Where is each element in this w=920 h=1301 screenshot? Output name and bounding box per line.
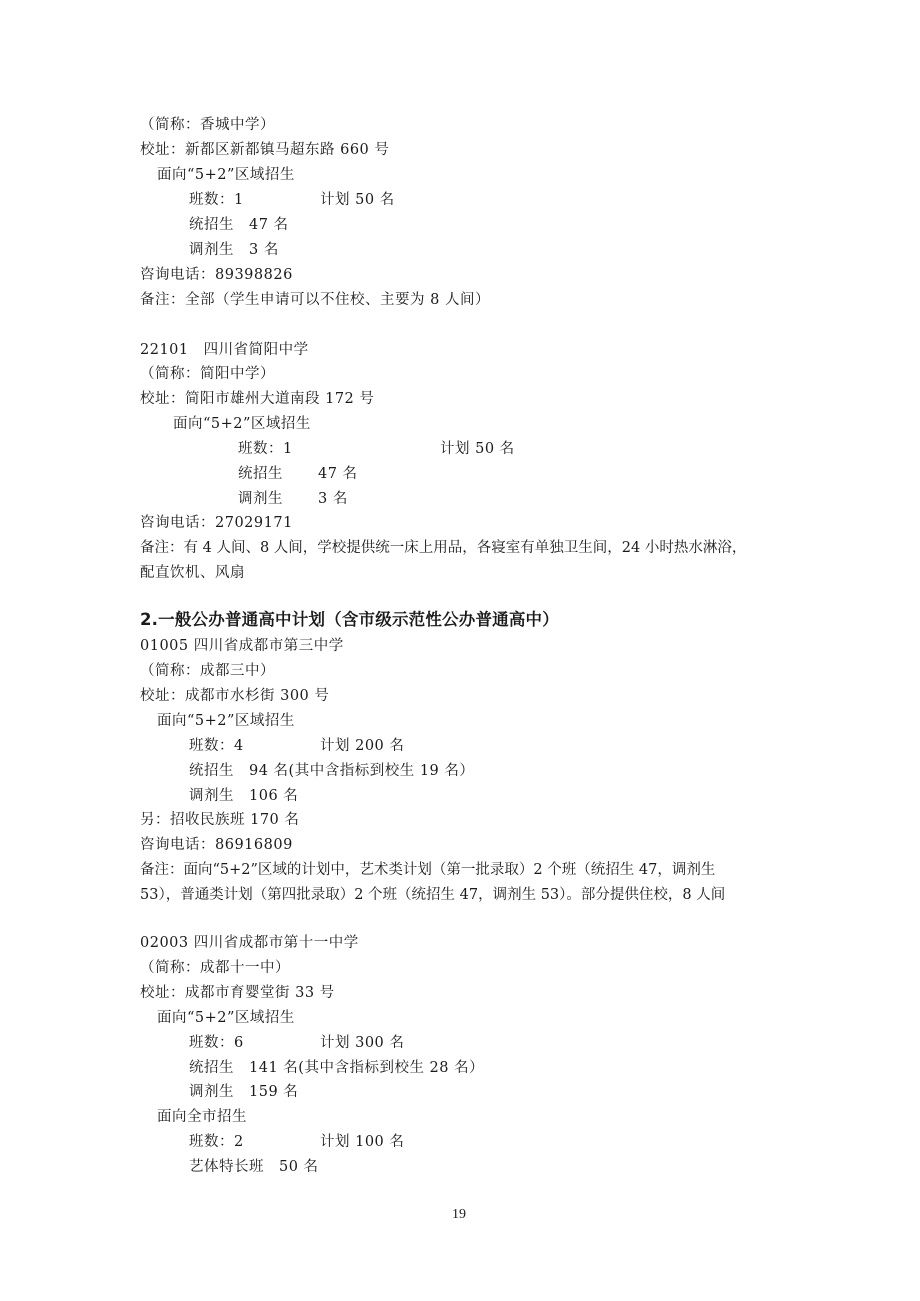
plan-count: 计划 50 名 bbox=[320, 190, 395, 210]
enrollment-scope: 面向“5+2”区域招生 bbox=[157, 165, 295, 185]
unified-value: 47 名 bbox=[318, 464, 358, 484]
plan-count: 计划 50 名 bbox=[440, 439, 515, 459]
plan-count: 计划 200 名 bbox=[320, 736, 404, 756]
contact-phone: 咨询电话：89398826 bbox=[140, 265, 293, 285]
plan-count: 计划 300 名 bbox=[320, 1033, 404, 1053]
school-abbr: （简称：香城中学） bbox=[140, 115, 275, 135]
school-note: 备注：面向“5+2”区域的计划中，艺术类计划（第一批录取）2 个班（统招生 47… bbox=[140, 860, 715, 880]
school-note: 备注：全部（学生申请可以不住校、主要为 8 人间） bbox=[140, 290, 490, 310]
plan-count: 计划 100 名 bbox=[320, 1132, 404, 1152]
adjusted-enrollment: 调剂生 159 名 bbox=[189, 1082, 298, 1102]
unified-enrollment: 统招生 141 名(其中含指标到校生 28 名） bbox=[189, 1058, 484, 1078]
school-abbr: （简称：成都十一中） bbox=[140, 958, 290, 978]
class-count: 班数：2 bbox=[189, 1132, 244, 1152]
contact-phone: 咨询电话：27029171 bbox=[140, 513, 293, 533]
page-number: 19 bbox=[452, 1207, 466, 1223]
unified-enrollment: 统招生 47 名 bbox=[189, 215, 289, 235]
document-page: （简称：香城中学） 校址：新都区新都镇马超东路 660 号 面向“5+2”区域招… bbox=[0, 0, 920, 1301]
school-address: 校址：新都区新都镇马超东路 660 号 bbox=[140, 140, 389, 160]
school-note-continued: 53），普通类计划（第四批录取）2 个班（统招生 47，调剂生 53）。部分提供… bbox=[140, 885, 725, 905]
class-count: 班数：1 bbox=[189, 190, 244, 210]
school-address: 校址：成都市育婴堂街 33 号 bbox=[140, 983, 335, 1003]
enrollment-scope: 面向“5+2”区域招生 bbox=[157, 711, 295, 731]
enrollment-scope: 面向“5+2”区域招生 bbox=[157, 1008, 295, 1028]
adjusted-value: 3 名 bbox=[318, 489, 348, 509]
unified-enrollment: 统招生 94 名(其中含指标到校生 19 名） bbox=[189, 761, 474, 781]
school-address: 校址：简阳市雄州大道南段 172 号 bbox=[140, 389, 374, 409]
school-title: 01005 四川省成都市第三中学 bbox=[140, 636, 344, 656]
school-note-continued: 配直饮机、风扇 bbox=[140, 563, 245, 583]
school-abbr: （简称：简阳中学） bbox=[140, 364, 275, 384]
class-count: 班数：1 bbox=[238, 439, 293, 459]
class-count: 班数：6 bbox=[189, 1033, 244, 1053]
adjusted-enrollment: 调剂生 106 名 bbox=[189, 786, 298, 806]
class-count: 班数：4 bbox=[189, 736, 244, 756]
unified-label: 统招生 bbox=[238, 464, 283, 484]
arts-sports-class: 艺体特长班 50 名 bbox=[189, 1157, 319, 1177]
contact-phone: 咨询电话：86916809 bbox=[140, 835, 293, 855]
extra-enrollment: 另：招收民族班 170 名 bbox=[140, 810, 299, 830]
adjusted-label: 调剂生 bbox=[238, 489, 283, 509]
school-title: 02003 四川省成都市第十一中学 bbox=[140, 933, 359, 953]
enrollment-scope-citywide: 面向全市招生 bbox=[157, 1107, 247, 1127]
enrollment-scope: 面向“5+2”区域招生 bbox=[173, 414, 311, 434]
school-address: 校址：成都市水杉街 300 号 bbox=[140, 686, 329, 706]
school-abbr: （简称：成都三中） bbox=[140, 661, 275, 681]
school-note: 备注：有 4 人间、8 人间，学校提供统一床上用品，各寝室有单独卫生间，24 小… bbox=[140, 538, 746, 558]
section-heading: 2.一般公办普通高中计划（含市级示范性公办普通高中） bbox=[140, 610, 559, 630]
school-title: 22101 四川省简阳中学 bbox=[140, 340, 309, 360]
adjusted-enrollment: 调剂生 3 名 bbox=[189, 240, 279, 260]
